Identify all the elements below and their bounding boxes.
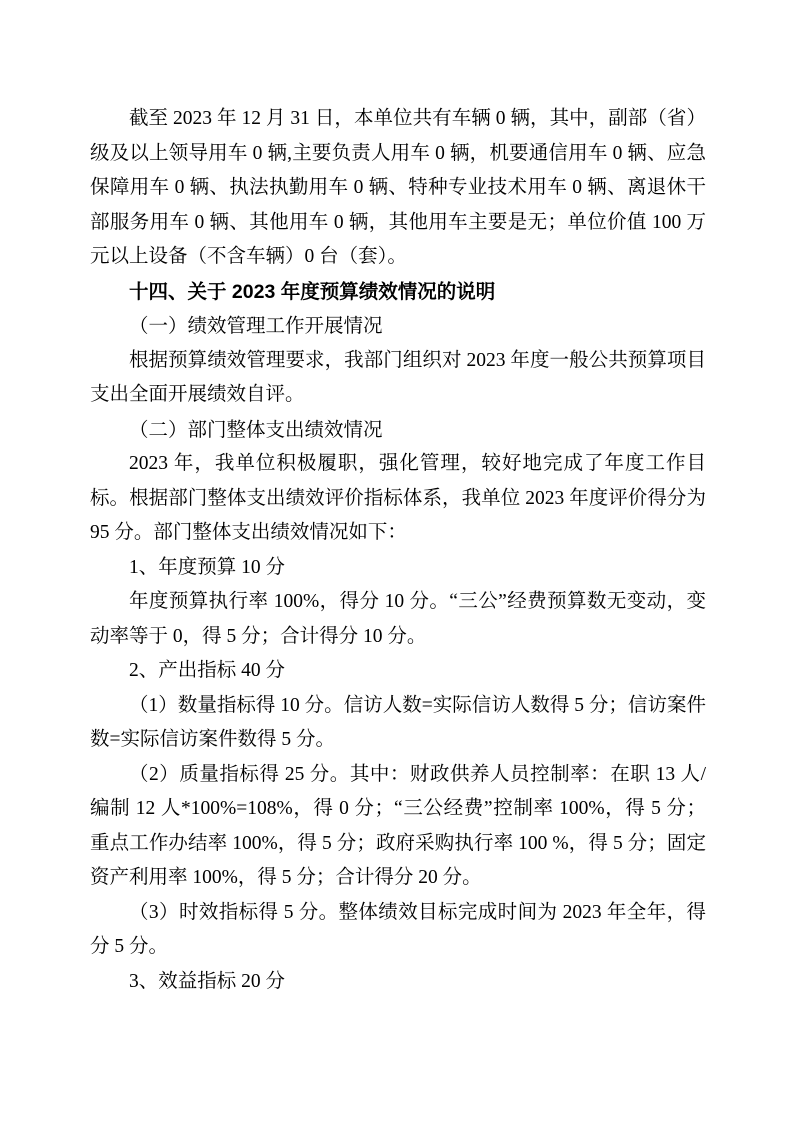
subsection-heading: （二）部门整体支出绩效情况 [90,413,706,448]
subsection-heading: （一）绩效管理工作开展情况 [90,309,706,344]
body-paragraph: 1、年度预算 10 分 [90,551,706,586]
document-content: 截至 2023 年 12 月 31 日，本单位共有车辆 0 辆，其中，副部（省）… [90,102,706,999]
body-paragraph: 2023 年，我单位积极履职，强化管理，较好地完成了年度工作目标。根据部门整体支… [90,447,706,551]
document-page: 截至 2023 年 12 月 31 日，本单位共有车辆 0 辆，其中，副部（省）… [0,0,793,1122]
body-paragraph: 截至 2023 年 12 月 31 日，本单位共有车辆 0 辆，其中，副部（省）… [90,102,706,275]
body-paragraph: （1）数量指标得 10 分。信访人数=实际信访人数得 5 分；信访案件数=实际信… [90,689,706,758]
body-paragraph: （3）时效指标得 5 分。整体绩效目标完成时间为 2023 年全年，得分 5 分… [90,896,706,965]
body-paragraph: 2、产出指标 40 分 [90,654,706,689]
body-paragraph: 3、效益指标 20 分 [90,965,706,1000]
body-paragraph: 年度预算执行率 100%，得分 10 分。“三公”经费预算数无变动，变动率等于 … [90,585,706,654]
body-paragraph: 根据预算绩效管理要求，我部门组织对 2023 年度一般公共预算项目支出全面开展绩… [90,344,706,413]
body-paragraph: （2）质量指标得 25 分。其中：财政供养人员控制率：在职 13 人/编制 12… [90,758,706,896]
section-heading: 十四、关于 2023 年度预算绩效情况的说明 [90,275,706,310]
